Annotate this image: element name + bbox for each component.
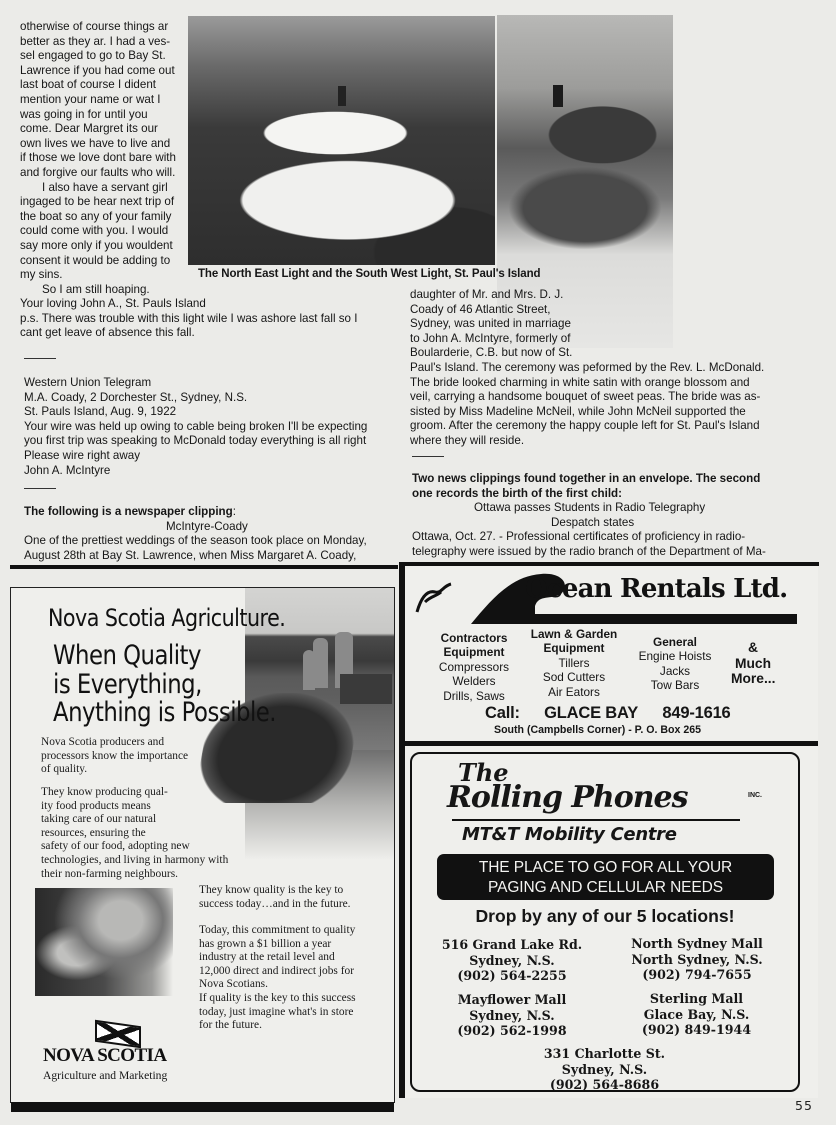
slogan-line: is Everything, bbox=[53, 671, 276, 700]
clipping-intro-bold: The following is a newspaper clipping bbox=[24, 505, 233, 518]
silo-icon bbox=[303, 650, 315, 690]
column-heading: General bbox=[633, 635, 717, 649]
ad-bottom-bar bbox=[11, 1102, 394, 1112]
text-line: Lawrence if you had come out bbox=[20, 64, 357, 79]
text-line: If quality is the key to this success bbox=[199, 992, 356, 1006]
text-line: Nova Scotia producers and bbox=[41, 736, 188, 750]
location-block: 331 Charlotte St. Sydney, N.S. (902) 564… bbox=[532, 1046, 677, 1093]
text-line: come. Dear Margret its our bbox=[20, 122, 357, 137]
clipping-body-line: groom. After the ceremony the happy coup… bbox=[410, 419, 764, 434]
telegram: Western Union Telegram M.A. Coady, 2 Dor… bbox=[24, 376, 367, 478]
text-line: Today, this commitment to quality bbox=[199, 924, 355, 938]
text-line: mention your name or wat I bbox=[20, 93, 357, 108]
silo-icon bbox=[313, 638, 328, 688]
text-line: resources, ensuring the bbox=[41, 827, 228, 841]
ad-slogan: When Quality is Everything, Anything is … bbox=[53, 642, 276, 728]
location-city: Sydney, N.S. bbox=[447, 1008, 577, 1024]
postscript-line: p.s. There was trouble with this light w… bbox=[20, 312, 357, 327]
column-heading: Equipment bbox=[529, 641, 619, 655]
company-name: Ocean Rentals Ltd. bbox=[525, 574, 787, 604]
letter-body: otherwise of course things ar better as … bbox=[20, 20, 357, 341]
text-line: technologies, and living in harmony with bbox=[41, 854, 228, 868]
text-line: ingaged to be hear next trip of bbox=[20, 195, 357, 210]
text-line: processors know the importance bbox=[41, 750, 188, 764]
location-city: North Sydney, N.S. bbox=[622, 952, 772, 968]
telegram-body-line: you first trip was speaking to McDonald … bbox=[24, 434, 367, 449]
text-line: consent it would be adding to bbox=[20, 254, 357, 269]
text-line: 12,000 direct and indirect jobs for bbox=[199, 965, 355, 979]
equipment-column: General Engine Hoists Jacks Tow Bars bbox=[633, 635, 717, 693]
clipping-body-line: August 28th at Bay St. Lawrence, when Mi… bbox=[24, 549, 367, 564]
clipping-body-line: veil, carrying a handsome bouquet of swe… bbox=[410, 390, 764, 405]
brand-name: Rolling Phones bbox=[447, 780, 688, 815]
column-item: Air Eators bbox=[529, 685, 619, 699]
text-line: for the future. bbox=[199, 1019, 356, 1033]
text-line: own lives we have to live and bbox=[20, 137, 357, 152]
text-line: has grown a $1 billion a year bbox=[199, 938, 355, 952]
envelope-section: Two news clippings found together in an … bbox=[412, 472, 766, 560]
banner-line: THE PLACE TO GO FOR ALL YOUR bbox=[437, 858, 774, 878]
ad-paragraph: They know producing qual- ity food produ… bbox=[41, 786, 228, 881]
brand-inc: INC. bbox=[748, 792, 762, 799]
text-line: taking care of our natural bbox=[41, 813, 228, 827]
section-divider bbox=[24, 488, 56, 489]
column-item: Drills, Saws bbox=[429, 689, 519, 703]
clipping-body-line: Paul's Island. The ceremony was peformed… bbox=[410, 361, 764, 376]
clipping-body-line: sisted by Miss Madeline McNeil, while Jo… bbox=[410, 405, 764, 420]
column-item: Engine Hoists bbox=[633, 649, 717, 663]
equipment-column: Lawn & Garden Equipment Tillers Sod Cutt… bbox=[529, 627, 619, 699]
location-name: 516 Grand Lake Rd. bbox=[432, 937, 592, 953]
text-line: success today…and in the future. bbox=[199, 898, 351, 912]
text-line: my sins. bbox=[20, 268, 357, 283]
page-number: 55 bbox=[795, 1098, 813, 1113]
clipping-body-line: where they will reside. bbox=[410, 434, 764, 449]
clipping-body-line: The bride looked charming in white satin… bbox=[410, 376, 764, 391]
logo-subtitle: Agriculture and Marketing bbox=[43, 1069, 167, 1082]
section-divider bbox=[412, 456, 444, 457]
telegram-body-line: Please wire right away bbox=[24, 449, 367, 464]
clipping-body-line: to John A. McIntyre, formerly of bbox=[410, 332, 572, 347]
clipping-body-line: Sydney, was united in marriage bbox=[410, 317, 572, 332]
clipping-right-narrow: daughter of Mr. and Mrs. D. J. Coady of … bbox=[410, 288, 572, 361]
column-heading: More... bbox=[731, 671, 775, 687]
location-name: Sterling Mall bbox=[624, 991, 769, 1007]
text-line: say more only if you wouldent bbox=[20, 239, 357, 254]
flag-icon bbox=[95, 1020, 141, 1048]
logo-wordmark: NOVA SCOTIA bbox=[43, 1045, 166, 1067]
much-more-column: & Much More... bbox=[731, 640, 775, 687]
clipping-body-line: daughter of Mr. and Mrs. D. J. bbox=[410, 288, 572, 303]
ad-divider bbox=[10, 565, 398, 569]
location-name: 331 Charlotte St. bbox=[532, 1046, 677, 1062]
clipping-title: McIntyre-Coady bbox=[24, 520, 367, 535]
column-item: Tillers bbox=[529, 656, 619, 670]
scientist-photo bbox=[35, 888, 173, 996]
rolling-phones-ad: The Rolling Phones INC. MT&T Mobility Ce… bbox=[399, 746, 818, 1098]
brand-underline bbox=[452, 819, 740, 821]
envelope-subhead: Despatch states bbox=[412, 516, 766, 531]
text-line: was going in for until you bbox=[20, 108, 357, 123]
text-line: their non-farming neighbours. bbox=[41, 868, 228, 882]
slogan-line: Anything is Possible. bbox=[53, 699, 276, 728]
text-line: better as they ar. I had a ves- bbox=[20, 35, 357, 50]
text-line: today, just imagine what's in store bbox=[199, 1006, 356, 1020]
text-line: Nova Scotians. bbox=[199, 978, 355, 992]
text-line: They know quality is the key to bbox=[199, 884, 351, 898]
letter-signature: Your loving John A., St. Pauls Island bbox=[20, 297, 357, 312]
address: South (Campbells Corner) - P. O. Box 265 bbox=[494, 724, 701, 736]
column-item: Tow Bars bbox=[633, 678, 717, 692]
ad-paragraph: Today, this commitment to quality has gr… bbox=[199, 924, 355, 992]
ad-paragraph: They know quality is the key to success … bbox=[199, 884, 351, 911]
location-block: 516 Grand Lake Rd. Sydney, N.S. (902) 56… bbox=[432, 937, 592, 984]
ad-paragraph: If quality is the key to this success to… bbox=[199, 992, 356, 1033]
envelope-body-line: Ottawa, Oct. 27. - Professional certific… bbox=[412, 530, 766, 545]
envelope-body-line: telegraphy were issued by the radio bran… bbox=[412, 545, 766, 560]
column-heading: & bbox=[731, 640, 775, 656]
envelope-headline: Ottawa passes Students in Radio Telegrap… bbox=[412, 501, 766, 516]
nova-scotia-agriculture-ad: Nova Scotia Agriculture. When Quality is… bbox=[10, 587, 395, 1103]
call-phone: 849-1616 bbox=[662, 704, 730, 722]
clipping-body-line: Coady of 46 Atlantic Street, bbox=[410, 303, 572, 318]
clipping-body-line: Boularderie, C.B. but now of St. bbox=[410, 346, 572, 361]
envelope-intro: one records the birth of the first child… bbox=[412, 487, 766, 502]
tagline-banner: THE PLACE TO GO FOR ALL YOUR PAGING AND … bbox=[437, 854, 774, 900]
column-heading: Equipment bbox=[429, 645, 519, 659]
telegram-signature: John A. McIntyre bbox=[24, 464, 367, 479]
clipping-right-wide: Paul's Island. The ceremony was peformed… bbox=[410, 361, 764, 449]
clipping-left: The following is a newspaper clipping: M… bbox=[24, 505, 367, 563]
location-phone: (902) 849-1944 bbox=[624, 1022, 769, 1038]
mobility-centre: MT&T Mobility Centre bbox=[462, 824, 677, 845]
telegram-body-line: Your wire was held up owing to cable bei… bbox=[24, 420, 367, 435]
location-name: Mayflower Mall bbox=[447, 992, 577, 1008]
slogan-line: When Quality bbox=[53, 642, 276, 671]
ad-title: Nova Scotia Agriculture. bbox=[48, 604, 285, 632]
column-item: Compressors bbox=[429, 660, 519, 674]
text-line: I also have a servant girl bbox=[20, 181, 357, 196]
drop-by-text: Drop by any of our 5 locations! bbox=[412, 906, 798, 927]
telegram-heading: Western Union Telegram bbox=[24, 376, 367, 391]
location-block: Sterling Mall Glace Bay, N.S. (902) 849-… bbox=[624, 991, 769, 1038]
text-line: of quality. bbox=[41, 763, 188, 777]
call-label: Call: bbox=[485, 704, 520, 722]
postscript-line: cant get leave of absence this fall. bbox=[20, 326, 357, 341]
text-line: They know producing qual- bbox=[41, 786, 228, 800]
text-line: sel engaged to go to Bay St. bbox=[20, 49, 357, 64]
text-line: safety of our food, adopting new bbox=[41, 840, 228, 854]
location-phone: (902) 564-8686 bbox=[532, 1077, 677, 1093]
column-heading: Lawn & Garden bbox=[529, 627, 619, 641]
location-block: North Sydney Mall North Sydney, N.S. (90… bbox=[622, 936, 772, 983]
banner-line: PAGING AND CELLULAR NEEDS bbox=[437, 878, 774, 898]
colon: : bbox=[233, 505, 236, 518]
ad-frame: The Rolling Phones INC. MT&T Mobility Ce… bbox=[410, 752, 800, 1092]
column-item: Jacks bbox=[633, 664, 717, 678]
lighthouse-icon bbox=[553, 85, 563, 107]
text-line: if those we love dont bare with bbox=[20, 151, 357, 166]
column-heading: Much bbox=[731, 656, 775, 672]
location-phone: (902) 794-7655 bbox=[622, 967, 772, 983]
clipping-intro: The following is a newspaper clipping: bbox=[24, 505, 367, 520]
ocean-rentals-ad: Ocean Rentals Ltd. Contractors Equipment… bbox=[399, 566, 818, 746]
text-line: the boat so any of your family bbox=[20, 210, 357, 225]
location-name: North Sydney Mall bbox=[622, 936, 772, 952]
text-line: ity food products means bbox=[41, 800, 228, 814]
text-line: otherwise of course things ar bbox=[20, 20, 357, 35]
location-city: Glace Bay, N.S. bbox=[624, 1007, 769, 1023]
text-line: could come with you. I would bbox=[20, 224, 357, 239]
equipment-column: Contractors Equipment Compressors Welder… bbox=[429, 631, 519, 703]
clipping-body-line: One of the prettiest weddings of the sea… bbox=[24, 534, 367, 549]
location-city: Sydney, N.S. bbox=[532, 1062, 677, 1078]
location-phone: (902) 564-2255 bbox=[432, 968, 592, 984]
letter-closing: So I am still hoaping. bbox=[20, 283, 357, 298]
text-line: last boat of course I dident bbox=[20, 78, 357, 93]
text-line: industry at the retail level and bbox=[199, 951, 355, 965]
telegram-address: M.A. Coady, 2 Dorchester St., Sydney, N.… bbox=[24, 391, 367, 406]
location-city: Sydney, N.S. bbox=[432, 953, 592, 969]
envelope-intro: Two news clippings found together in an … bbox=[412, 472, 766, 487]
text-line: and forgive our faults who will. bbox=[20, 166, 357, 181]
location-block: Mayflower Mall Sydney, N.S. (902) 562-19… bbox=[447, 992, 577, 1039]
column-item: Welders bbox=[429, 674, 519, 688]
column-item: Sod Cutters bbox=[529, 670, 619, 684]
column-heading: Contractors bbox=[429, 631, 519, 645]
ad-paragraph: Nova Scotia producers and processors kno… bbox=[41, 736, 188, 777]
location-phone: (902) 562-1998 bbox=[447, 1023, 577, 1039]
call-line: Call: GLACE BAY 849-1616 bbox=[485, 704, 751, 723]
call-town: GLACE BAY bbox=[544, 704, 638, 722]
telegram-origin: St. Pauls Island, Aug. 9, 1922 bbox=[24, 405, 367, 420]
section-divider bbox=[24, 358, 56, 359]
